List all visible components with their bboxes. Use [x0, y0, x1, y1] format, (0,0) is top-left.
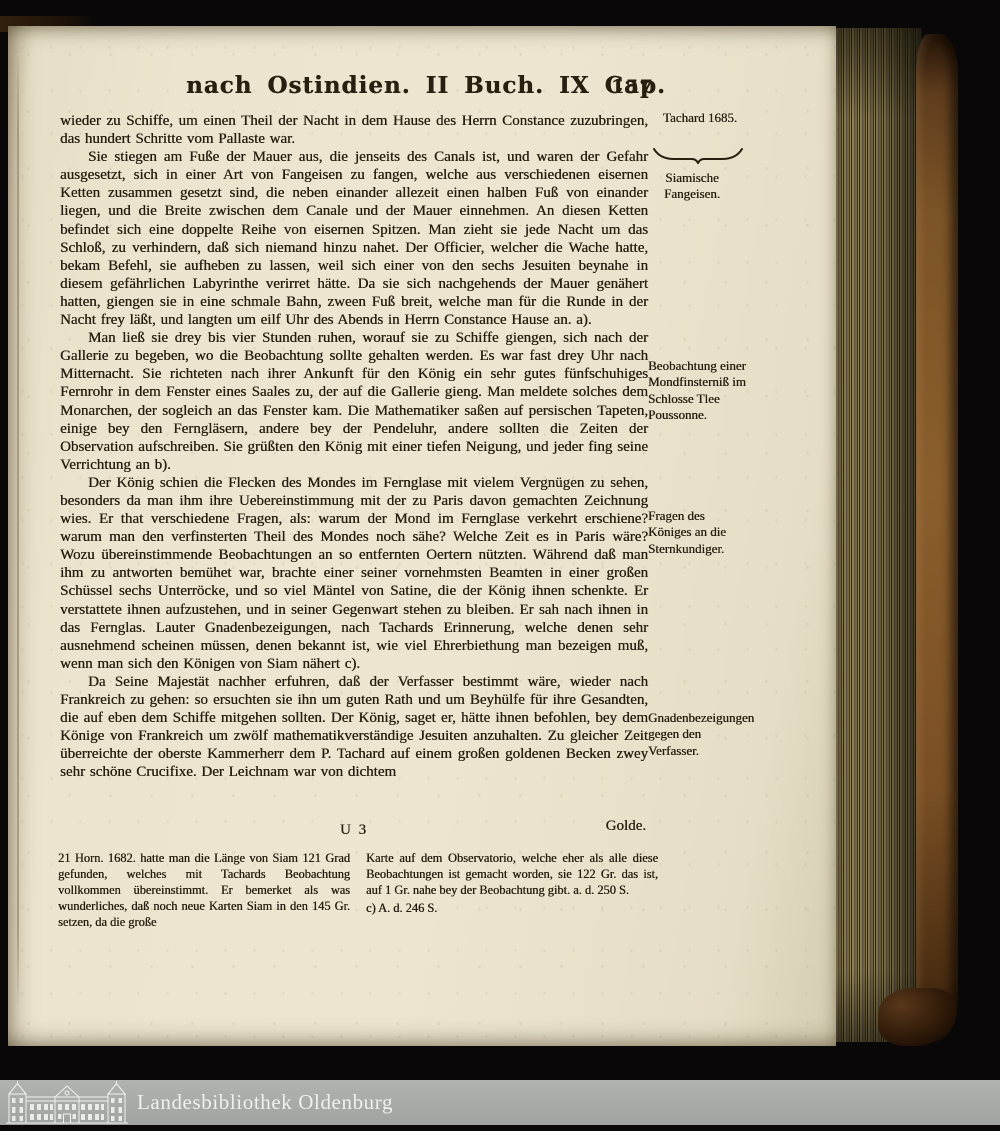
signature-mark: U 3	[60, 822, 648, 839]
margin-note-fangeisen: Siamische Fangeisen.	[644, 170, 740, 203]
library-name-label: Landesbibliothek Oldenburg	[137, 1090, 393, 1115]
footnotes: 21 Horn. 1682. hatte man die Länge von S…	[58, 850, 658, 930]
scan-viewer: nach Ostindien. II Buch. IX Cap. 157 wie…	[0, 0, 1000, 1131]
catchword: Golde.	[606, 818, 646, 835]
book-leather-cover	[916, 34, 958, 1040]
brace-icon	[650, 146, 746, 164]
running-title: nach Ostindien. II Buch. IX Cap.	[186, 72, 666, 99]
footnote-text: 21 Horn. 1682. hatte man die Länge von S…	[58, 850, 350, 930]
margin-note-beobachtung: Beobachtung einer Mondfinsterniß im Schl…	[648, 358, 750, 424]
paragraph: Sie stiegen am Fuße der Mauer aus, die j…	[60, 148, 648, 329]
page-number: 157	[611, 76, 654, 98]
paragraph: Man ließ sie drey bis vier Stunden ruhen…	[60, 329, 648, 474]
library-building-icon	[6, 1081, 128, 1125]
margin-note-gnaden: Gnadenbezeigungen gegen den Verfasser.	[648, 710, 750, 759]
book-page-edges	[836, 28, 922, 1042]
paragraph: Der König schien die Flecken des Mondes …	[60, 474, 648, 673]
signature-row: U 3 Golde.	[60, 822, 648, 842]
footnote-column-left: 21 Horn. 1682. hatte man die Länge von S…	[58, 850, 350, 930]
footnote-text: c) A. d. 246 S.	[366, 900, 658, 916]
page-gutter-fold	[17, 54, 19, 1006]
margin-note-tachard: Tachard 1685.	[656, 110, 744, 126]
footnote-column-right: Karte auf dem Observatorio, welche eher …	[366, 850, 658, 930]
paragraph: wieder zu Schiffe, um einen Theil der Na…	[60, 112, 648, 148]
footnote-text: Karte auf dem Observatorio, welche eher …	[366, 850, 658, 898]
margin-note-fragen: Fragen des Königes an die Sternkundiger.	[648, 508, 750, 557]
paragraph: Da Seine Majestät nachher erfuhren, daß …	[60, 673, 648, 782]
body-text: wieder zu Schiffe, um einen Theil der Na…	[60, 112, 648, 781]
